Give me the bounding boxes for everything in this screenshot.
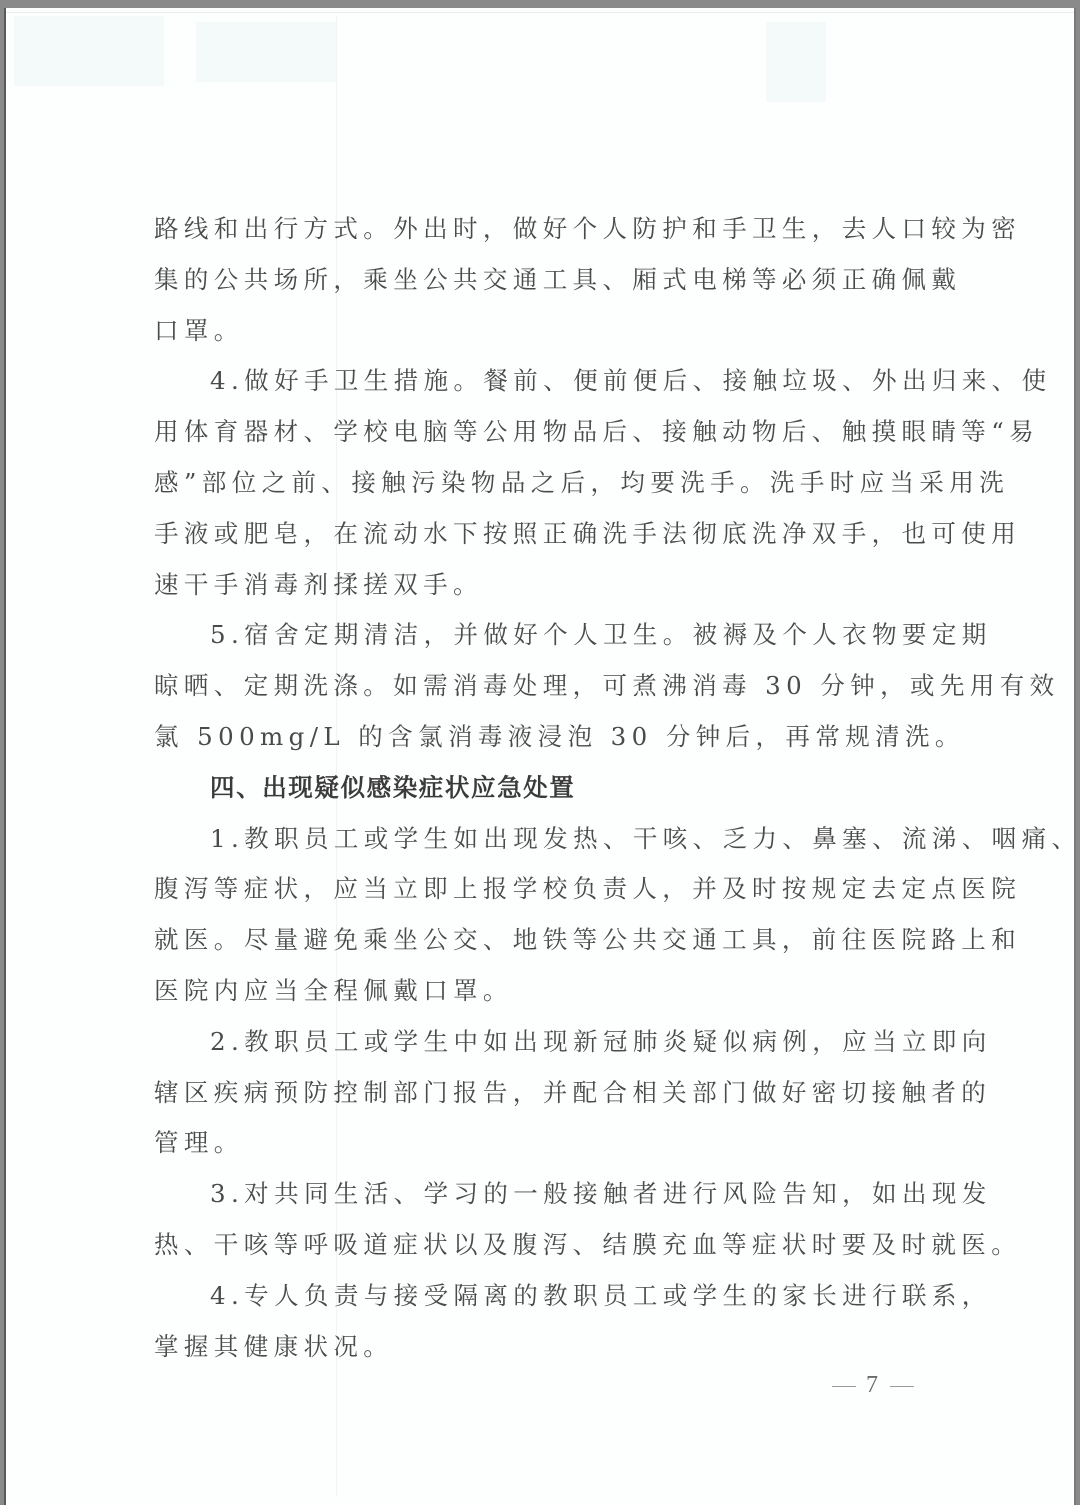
page-number-dash-left [832, 1386, 856, 1387]
text-line: 管理。 [154, 1118, 946, 1169]
text-line: 辖区疾病预防控制部门报告，并配合相关部门做好密切接触者的 [154, 1068, 946, 1119]
text-line: 晾晒、定期洗涤。如需消毒处理，可煮沸消毒 30 分钟，或先用有效 [154, 661, 946, 712]
text-line: 集的公共场所，乘坐公共交通工具、厢式电梯等必须正确佩戴 [154, 255, 946, 306]
text-line: 用体育器材、学校电脑等公用物品后、接触动物后、触摸眼睛等“易 [154, 407, 946, 458]
text-line: 路线和出行方式。外出时，做好个人防护和手卫生，去人口较为密 [154, 204, 946, 255]
text-line: 就医。尽量避免乘坐公交、地铁等公共交通工具，前往医院路上和 [154, 915, 946, 966]
body-text: 路线和出行方式。外出时，做好个人防护和手卫生，去人口较为密 集的公共场所，乘坐公… [154, 204, 946, 1372]
text-line: 氯 500mg/L 的含氯消毒液浸泡 30 分钟后，再常规清洗。 [154, 712, 946, 763]
text-line: 5.宿舍定期清洁，并做好个人卫生。被褥及个人衣物要定期 [154, 610, 946, 661]
text-line: 2.教职员工或学生中如出现新冠肺炎疑似病例，应当立即向 [154, 1017, 946, 1068]
bleed-through-mark [196, 22, 336, 82]
page-number: 7 [818, 1372, 928, 1399]
bleed-through-mark [766, 22, 826, 102]
text-line: 感”部位之前、接触污染物品之后，均要洗手。洗手时应当采用洗 [154, 458, 946, 509]
text-line: 医院内应当全程佩戴口罩。 [154, 966, 946, 1017]
page-number-dash-right [890, 1386, 914, 1387]
text-line: 1.教职员工或学生如出现发热、干咳、乏力、鼻塞、流涕、咽痛、 [154, 814, 946, 865]
document-page: 路线和出行方式。外出时，做好个人防护和手卫生，去人口较为密 集的公共场所，乘坐公… [4, 8, 1076, 1505]
text-line: 4.专人负责与接受隔离的教职员工或学生的家长进行联系， [154, 1271, 946, 1322]
text-line: 手液或肥皂，在流动水下按照正确洗手法彻底洗净双手，也可使用 [154, 509, 946, 560]
bleed-through-mark [14, 16, 164, 86]
text-line: 4.做好手卫生措施。餐前、便前便后、接触垃圾、外出归来、使 [154, 356, 946, 407]
text-line: 热、干咳等呼吸道症状以及腹泻、结膜充血等症状时要及时就医。 [154, 1220, 946, 1271]
text-line: 掌握其健康状况。 [154, 1322, 946, 1373]
text-line: 腹泻等症状，应当立即上报学校负责人，并及时按规定去定点医院 [154, 864, 946, 915]
page-number-value: 7 [866, 1372, 880, 1398]
text-line: 3.对共同生活、学习的一般接触者进行风险告知，如出现发 [154, 1169, 946, 1220]
text-line: 口罩。 [154, 306, 946, 357]
page-top-edge [6, 12, 1074, 13]
text-line: 速干手消毒剂揉搓双手。 [154, 560, 946, 611]
scan-frame: 路线和出行方式。外出时，做好个人防护和手卫生，去人口较为密 集的公共场所，乘坐公… [0, 0, 1080, 1505]
section-heading: 四、出现疑似感染症状应急处置 [154, 763, 946, 814]
